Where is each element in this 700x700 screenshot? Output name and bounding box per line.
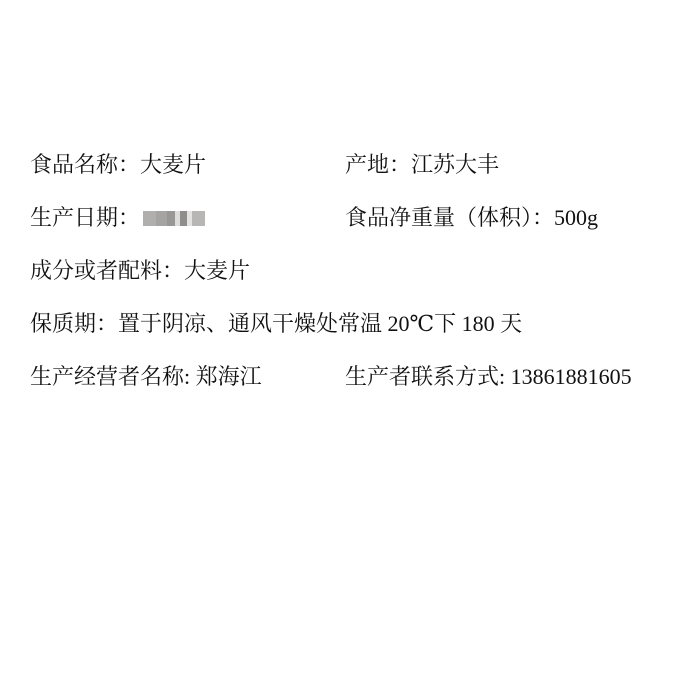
ingredients-text: 成分或者配料：大麦片 bbox=[30, 257, 250, 285]
production-date-redaction bbox=[143, 211, 205, 226]
censor-segment bbox=[192, 211, 205, 226]
row-ingredients: 成分或者配料：大麦片 bbox=[0, 257, 700, 285]
shelf-life-text: 保质期：置于阴凉、通风干燥处常温 20℃下 180 天 bbox=[30, 310, 522, 338]
food-name-text: 食品名称：大麦片 bbox=[30, 151, 206, 179]
row-shelf-life: 保质期：置于阴凉、通风干燥处常温 20℃下 180 天 bbox=[0, 310, 700, 338]
censor-segment bbox=[143, 211, 156, 226]
producer-name-text: 生产经营者名称: 郑海江 bbox=[30, 363, 262, 391]
row-date-weight: 生产日期： 食品净重量（体积）：500g bbox=[0, 204, 700, 232]
product-info-label: 食品名称：大麦片 产地：江苏大丰 生产日期： 食品净重量（体积）：500g 成分… bbox=[0, 0, 700, 700]
row-producer: 生产经营者名称: 郑海江 生产者联系方式: 13861881605 bbox=[0, 363, 700, 391]
producer-contact-text: 生产者联系方式: 13861881605 bbox=[345, 363, 632, 391]
censor-segment bbox=[156, 211, 167, 226]
production-date-label: 生产日期： bbox=[30, 205, 140, 230]
origin-text: 产地：江苏大丰 bbox=[345, 151, 499, 179]
row-name-origin: 食品名称：大麦片 产地：江苏大丰 bbox=[0, 151, 700, 179]
production-date-field: 生产日期： bbox=[30, 204, 205, 232]
net-weight-text: 食品净重量（体积）：500g bbox=[345, 204, 598, 232]
censor-segment bbox=[180, 211, 187, 226]
censor-segment bbox=[167, 211, 175, 226]
